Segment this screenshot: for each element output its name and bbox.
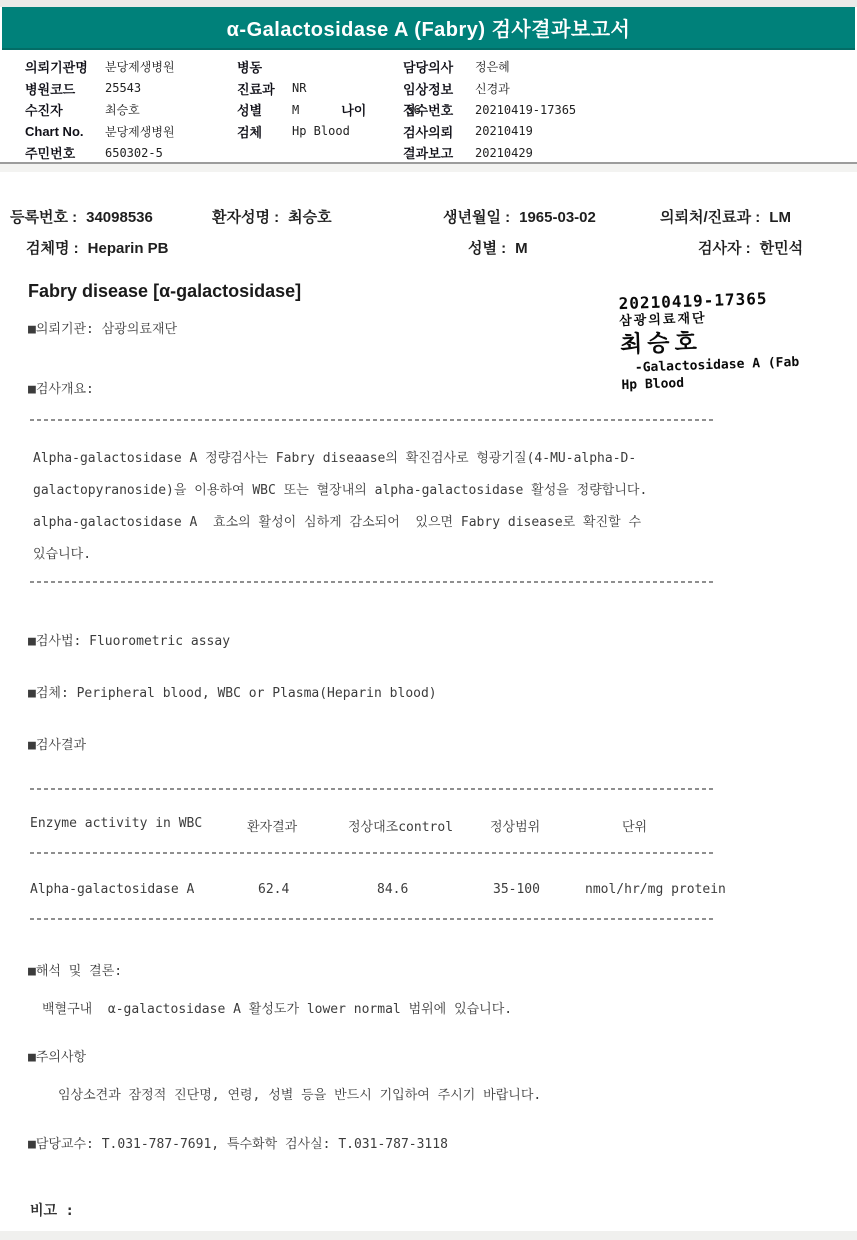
field-label: 주민번호 bbox=[25, 143, 105, 162]
result-normal-range: 35-100 bbox=[493, 882, 540, 897]
field-label: 진료과 bbox=[237, 79, 292, 98]
table-header-unit: 단위 bbox=[622, 816, 647, 835]
field-label: 검사의뢰 bbox=[403, 122, 475, 141]
info-row: 주민번호 650302-5 bbox=[25, 142, 175, 164]
info-row: 병동 bbox=[237, 56, 421, 78]
referrer-line: ■의뢰기관: 삼광의료재단 bbox=[28, 318, 177, 337]
caution-body: 임상소견과 잠정적 진단명, 연령, 성별 등을 반드시 기입하여 주시기 바랍… bbox=[58, 1084, 541, 1103]
specimen-name: 검체명 :Heparin PB bbox=[26, 237, 169, 258]
info-row: 진료과 NR bbox=[237, 78, 421, 100]
patient-name-value: 최승호 bbox=[288, 209, 331, 226]
specimen-name-value: Heparin PB bbox=[88, 240, 169, 257]
examiner: 검사자 :한민석 bbox=[698, 237, 803, 258]
patient-sex: 성별 :M bbox=[468, 237, 528, 258]
field-value: NR bbox=[292, 81, 306, 95]
result-unit: nmol/hr/mg protein bbox=[585, 882, 726, 897]
referring-department: 의뢰처/진료과 :LM bbox=[660, 206, 791, 227]
top-margin-strip bbox=[0, 0, 857, 7]
bottom-margin-strip bbox=[0, 1231, 857, 1240]
patient-info-column-2: 병동 진료과 NR 성별 M 나이 56 검체 Hp Blood bbox=[237, 56, 421, 142]
lab-report-page: α-Galactosidase A (Fabry) 검사결과보고서 의뢰기관명 … bbox=[0, 0, 857, 1240]
field-label: 수진자 bbox=[25, 100, 105, 119]
remark-label: 비고 : bbox=[30, 1200, 74, 1220]
table-header-test: Enzyme activity in WBC bbox=[30, 816, 202, 831]
patient-name-label: 환자성명 : bbox=[212, 209, 279, 226]
dashed-separator bbox=[30, 419, 715, 421]
info-row: 성별 M 나이 56 bbox=[237, 99, 421, 121]
table-header-control: 정상대조control bbox=[348, 816, 453, 835]
section-divider-strip bbox=[0, 164, 857, 172]
report-banner-title: α-Galactosidase A (Fabry) 검사결과보고서 bbox=[227, 13, 631, 42]
field-value: 650302-5 bbox=[105, 146, 163, 160]
specimen-name-label: 검체명 : bbox=[26, 240, 79, 257]
field-value: Hp Blood bbox=[292, 124, 350, 138]
field-label: 검체 bbox=[237, 122, 292, 141]
field-label: 임상정보 bbox=[403, 79, 475, 98]
info-row: 검사의뢰 20210419 bbox=[403, 121, 576, 143]
result-heading: ■검사결과 bbox=[28, 734, 86, 753]
info-row: 결과보고 20210429 bbox=[403, 142, 576, 164]
field-label: 결과보고 bbox=[403, 143, 475, 162]
registration-number-value: 34098536 bbox=[86, 209, 153, 226]
birth-date-value: 1965-03-02 bbox=[519, 209, 596, 226]
birth-date-label: 생년월일 : bbox=[443, 209, 510, 226]
field-label: Chart No. bbox=[25, 124, 105, 139]
field-value: 분당제생병원 bbox=[105, 123, 175, 140]
birth-date: 생년월일 :1965-03-02 bbox=[443, 206, 596, 227]
dashed-separator bbox=[30, 581, 715, 583]
interpretation-body: 백혈구내 α-galactosidase A 활성도가 lower normal… bbox=[42, 998, 512, 1017]
info-row: 검체 Hp Blood bbox=[237, 121, 421, 143]
report-title-banner: α-Galactosidase A (Fabry) 검사결과보고서 bbox=[2, 7, 855, 50]
dashed-separator bbox=[30, 852, 715, 854]
info-row: 접수번호 20210419-17365 bbox=[403, 99, 576, 121]
info-row: 의뢰기관명 분당제생병원 bbox=[25, 56, 175, 78]
table-header-patient: 환자결과 bbox=[247, 816, 297, 835]
registration-number: 등록번호 :34098536 bbox=[10, 206, 153, 227]
field-value: 신경과 bbox=[475, 80, 510, 97]
info-row: 수진자 최승호 bbox=[25, 99, 175, 121]
caution-heading: ■주의사항 bbox=[28, 1046, 86, 1065]
result-test-name: Alpha-galactosidase A bbox=[30, 882, 194, 897]
field-value: 분당제생병원 bbox=[105, 58, 175, 75]
test-title: Fabry disease [α-galactosidase] bbox=[28, 281, 301, 302]
info-row: 병원코드 25543 bbox=[25, 78, 175, 100]
specimen-line: ■검체: Peripheral blood, WBC or Plasma(Hep… bbox=[28, 682, 437, 701]
referring-department-label: 의뢰처/진료과 : bbox=[660, 209, 760, 226]
field-value: M bbox=[292, 103, 299, 117]
field-value: 정은혜 bbox=[475, 58, 510, 75]
table-header-range: 정상범위 bbox=[490, 816, 540, 835]
field-label: 의뢰기관명 bbox=[25, 57, 105, 76]
field-value: 최승호 bbox=[105, 101, 140, 118]
patient-sex-value: M bbox=[515, 240, 528, 257]
field-value: 20210419-17365 bbox=[475, 103, 576, 117]
field-label: 나이 bbox=[341, 100, 396, 119]
field-value: 20210419 bbox=[475, 124, 533, 138]
overview-line: 있습니다. bbox=[33, 543, 91, 562]
info-row: 임상정보 신경과 bbox=[403, 78, 576, 100]
field-value: 20210429 bbox=[475, 146, 533, 160]
overview-heading: ■검사개요: bbox=[28, 378, 94, 397]
interpretation-heading: ■해석 및 결론: bbox=[28, 960, 122, 979]
info-row: Chart No. 분당제생병원 bbox=[25, 121, 175, 143]
overview-line: galactopyranoside)을 이용하여 WBC 또는 혈장내의 alp… bbox=[33, 479, 647, 498]
overview-line: Alpha-galactosidase A 정량검사는 Fabry diseaa… bbox=[33, 447, 636, 466]
overview-line: alpha-galactosidase A 효소의 활성이 심하게 감소되어 있… bbox=[33, 511, 641, 530]
patient-info-column-3: 담당의사 정은혜 임상정보 신경과 접수번호 20210419-17365 검사… bbox=[403, 56, 576, 164]
method-line: ■검사법: Fluorometric assay bbox=[28, 630, 230, 649]
field-label: 병원코드 bbox=[25, 79, 105, 98]
field-label: 담당의사 bbox=[403, 57, 475, 76]
referring-department-value: LM bbox=[769, 209, 791, 226]
result-patient-value: 62.4 bbox=[258, 882, 289, 897]
registration-number-label: 등록번호 : bbox=[10, 209, 77, 226]
dashed-separator bbox=[30, 788, 715, 790]
stamp-patient-name: 최승호 bbox=[620, 326, 799, 359]
specimen-label-stamp: 20210419-17365 삼광의료재단 최승호 -Galactosidase… bbox=[618, 289, 800, 394]
result-control-value: 84.6 bbox=[377, 882, 408, 897]
patient-name: 환자성명 :최승호 bbox=[212, 206, 332, 227]
field-label: 병동 bbox=[237, 57, 292, 76]
info-row: 담당의사 정은혜 bbox=[403, 56, 576, 78]
examiner-label: 검사자 : bbox=[698, 240, 751, 257]
field-label: 성별 bbox=[237, 100, 292, 119]
examiner-value: 한민석 bbox=[760, 240, 803, 257]
field-label: 접수번호 bbox=[403, 100, 475, 119]
patient-sex-label: 성별 : bbox=[468, 240, 506, 257]
contact-line: ■담당교수: T.031-787-7691, 특수화학 검사실: T.031-7… bbox=[28, 1133, 448, 1152]
field-value: 25543 bbox=[105, 81, 141, 95]
dashed-separator bbox=[30, 918, 715, 920]
patient-info-column-1: 의뢰기관명 분당제생병원 병원코드 25543 수진자 최승호 Chart No… bbox=[25, 56, 175, 164]
